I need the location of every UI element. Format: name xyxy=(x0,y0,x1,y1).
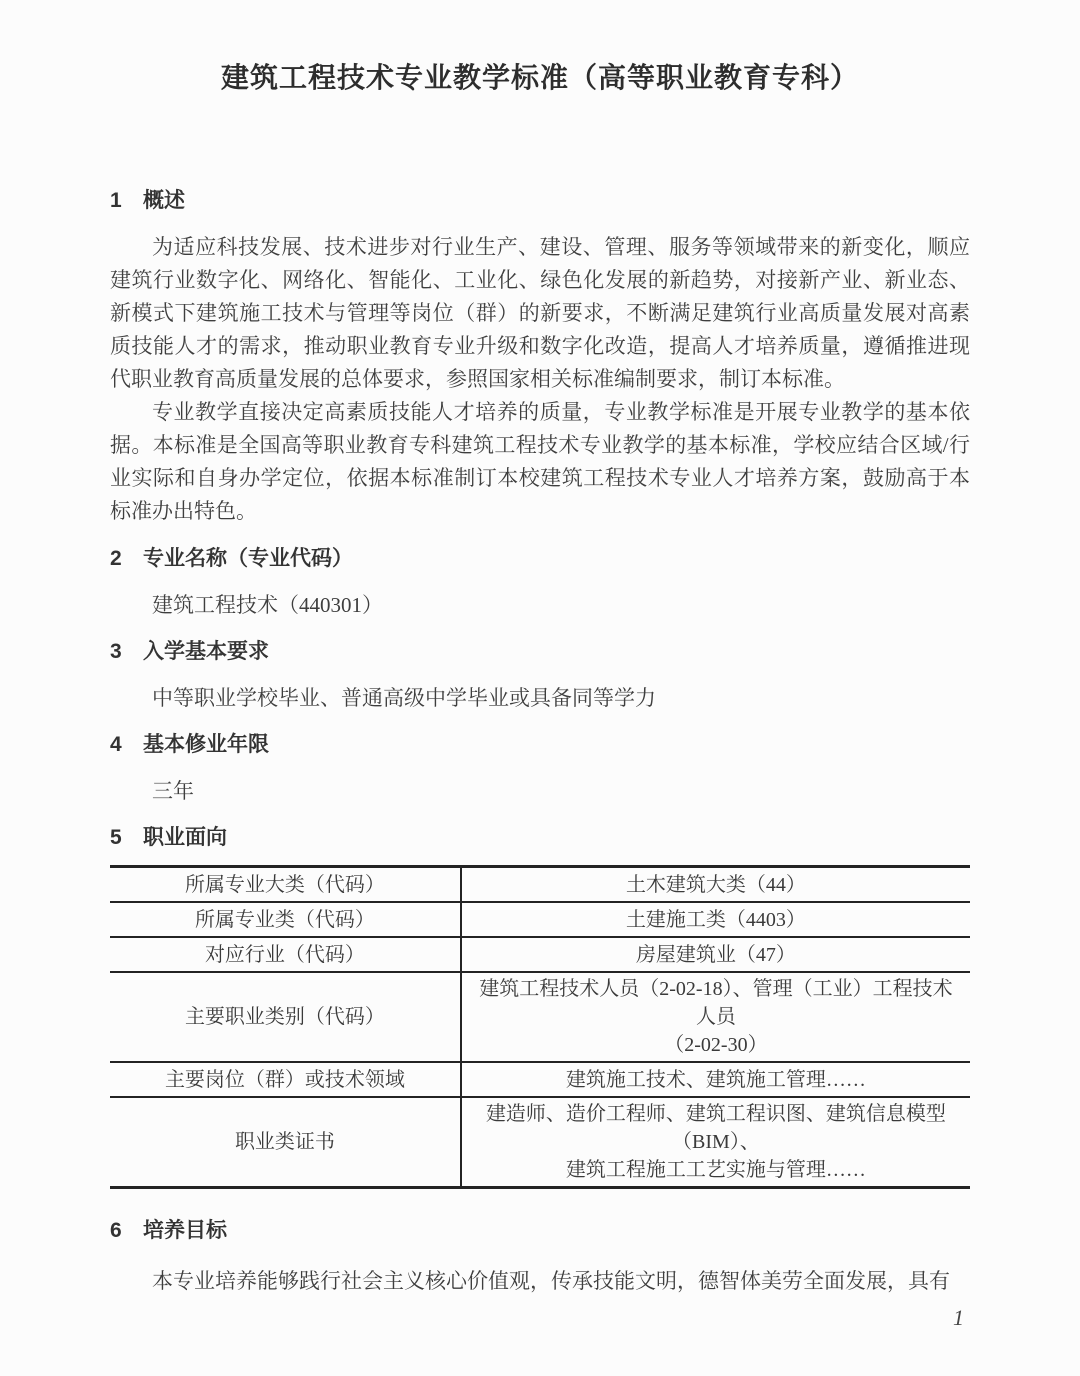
table-label-cell: 所属专业大类（代码） xyxy=(110,867,461,903)
table-label-cell: 所属专业类（代码） xyxy=(110,902,461,937)
study-duration: 三年 xyxy=(110,776,970,806)
table-row: 对应行业（代码） 房屋建筑业（47） xyxy=(110,937,970,972)
section-4-title: 基本修业年限 xyxy=(143,733,269,756)
section-5-heading: 5职业面向 xyxy=(110,823,970,853)
section-2-title: 专业名称（专业代码） xyxy=(143,547,353,570)
training-objective-paragraph: 本专业培养能够践行社会主义核心价值观，传承技能文明，德智体美劳全面发展，具有 xyxy=(110,1266,970,1296)
table-row: 主要职业类别（代码） 建筑工程技术人员（2-02-18）、管理（工业）工程技术人… xyxy=(110,972,970,1062)
page-title: 建筑工程技术专业教学标准（高等职业教育专科） xyxy=(110,58,970,100)
table-label-cell: 职业类证书 xyxy=(110,1097,461,1188)
table-value-cell: 建造师、造价工程师、建筑工程识图、建筑信息模型（BIM）、 建筑工程施工工艺实施… xyxy=(461,1097,970,1188)
table-label-cell: 主要岗位（群）或技术领域 xyxy=(110,1062,461,1097)
section-4-heading: 4基本修业年限 xyxy=(110,730,970,760)
table-label-cell: 主要职业类别（代码） xyxy=(110,972,461,1062)
table-value-cell: 建筑施工技术、建筑施工管理…… xyxy=(461,1062,970,1097)
table-row: 主要岗位（群）或技术领域 建筑施工技术、建筑施工管理…… xyxy=(110,1062,970,1097)
page-number: 1 xyxy=(110,1305,970,1331)
section-1-title: 概述 xyxy=(143,189,185,212)
table-row: 所属专业大类（代码） 土木建筑大类（44） xyxy=(110,867,970,903)
table-value-cell: 土建施工类（4403） xyxy=(461,902,970,937)
overview-paragraph-2: 专业教学直接决定高素质技能人才培养的质量，专业教学标准是开展专业教学的基本依据。… xyxy=(110,396,970,528)
table-row: 职业类证书 建造师、造价工程师、建筑工程识图、建筑信息模型（BIM）、 建筑工程… xyxy=(110,1097,970,1188)
section-6-title: 培养目标 xyxy=(143,1219,227,1242)
section-2-number: 2 xyxy=(110,544,143,574)
section-1-number: 1 xyxy=(110,186,143,216)
section-2-heading: 2专业名称（专业代码） xyxy=(110,544,970,574)
section-3-title: 入学基本要求 xyxy=(143,640,269,663)
document-page: 建筑工程技术专业教学标准（高等职业教育专科） 1概述 为适应科技发展、技术进步对… xyxy=(0,0,1080,1376)
career-orientation-table: 所属专业大类（代码） 土木建筑大类（44） 所属专业类（代码） 土建施工类（44… xyxy=(110,865,970,1189)
table-value-cell: 土木建筑大类（44） xyxy=(461,867,970,903)
section-5-title: 职业面向 xyxy=(143,826,227,849)
overview-paragraph-1: 为适应科技发展、技术进步对行业生产、建设、管理、服务等领域带来的新变化，顺应建筑… xyxy=(110,231,970,396)
section-4-number: 4 xyxy=(110,730,143,760)
section-3-number: 3 xyxy=(110,637,143,667)
table-row: 所属专业类（代码） 土建施工类（4403） xyxy=(110,902,970,937)
entry-requirement: 中等职业学校毕业、普通高级中学毕业或具备同等学力 xyxy=(110,683,970,713)
section-5-number: 5 xyxy=(110,823,143,853)
section-3-heading: 3入学基本要求 xyxy=(110,637,970,667)
table-value-cell: 建筑工程技术人员（2-02-18）、管理（工业）工程技术人员 （2-02-30） xyxy=(461,972,970,1062)
section-6-number: 6 xyxy=(110,1216,143,1246)
table-value-cell: 房屋建筑业（47） xyxy=(461,937,970,972)
section-6-heading: 6培养目标 xyxy=(110,1216,970,1246)
section-1-heading: 1概述 xyxy=(110,186,970,216)
table-label-cell: 对应行业（代码） xyxy=(110,937,461,972)
major-name-code: 建筑工程技术（440301） xyxy=(110,590,970,620)
